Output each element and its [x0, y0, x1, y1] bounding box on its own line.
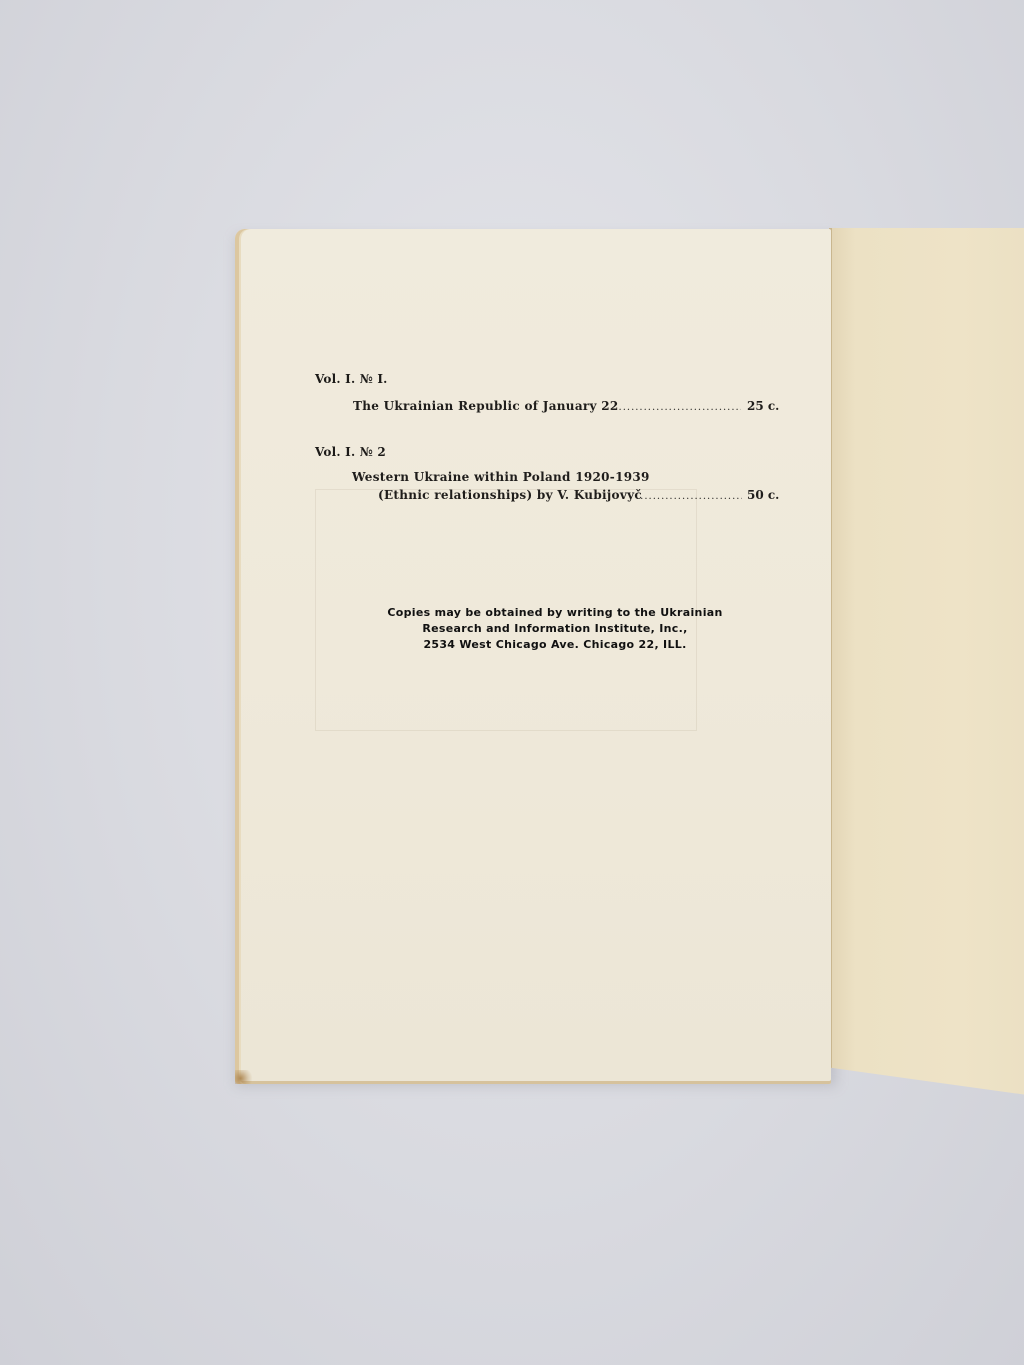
notice-line-1: Copies may be obtained by writing to the… [355, 605, 755, 621]
item-2-title-line-1: Western Ukraine within Poland 1920-1939 [352, 470, 650, 484]
item-1-title: The Ukrainian Republic of January 22 [353, 399, 619, 413]
notice-line-2: Research and Information Institute, Inc.… [355, 621, 755, 637]
item-1-leader: ........................................… [606, 402, 741, 413]
corner-stain [235, 1070, 253, 1084]
facing-page [829, 228, 1024, 1098]
item-2-heading: Vol. I. № 2 [315, 445, 386, 459]
item-1-price: 25 c. [747, 399, 779, 413]
notice-line-3: 2534 West Chicago Ave. Chicago 22, ILL. [355, 637, 755, 653]
item-2-title-line-2: (Ethnic relationships) by V. Kubijovyč [378, 488, 642, 502]
left-page [235, 229, 831, 1084]
item-1-heading: Vol. I. № I. [315, 372, 388, 386]
item-2-leader: ................................ [636, 491, 742, 502]
item-2-price: 50 c. [747, 488, 779, 502]
ordering-notice: Copies may be obtained by writing to the… [355, 605, 755, 653]
